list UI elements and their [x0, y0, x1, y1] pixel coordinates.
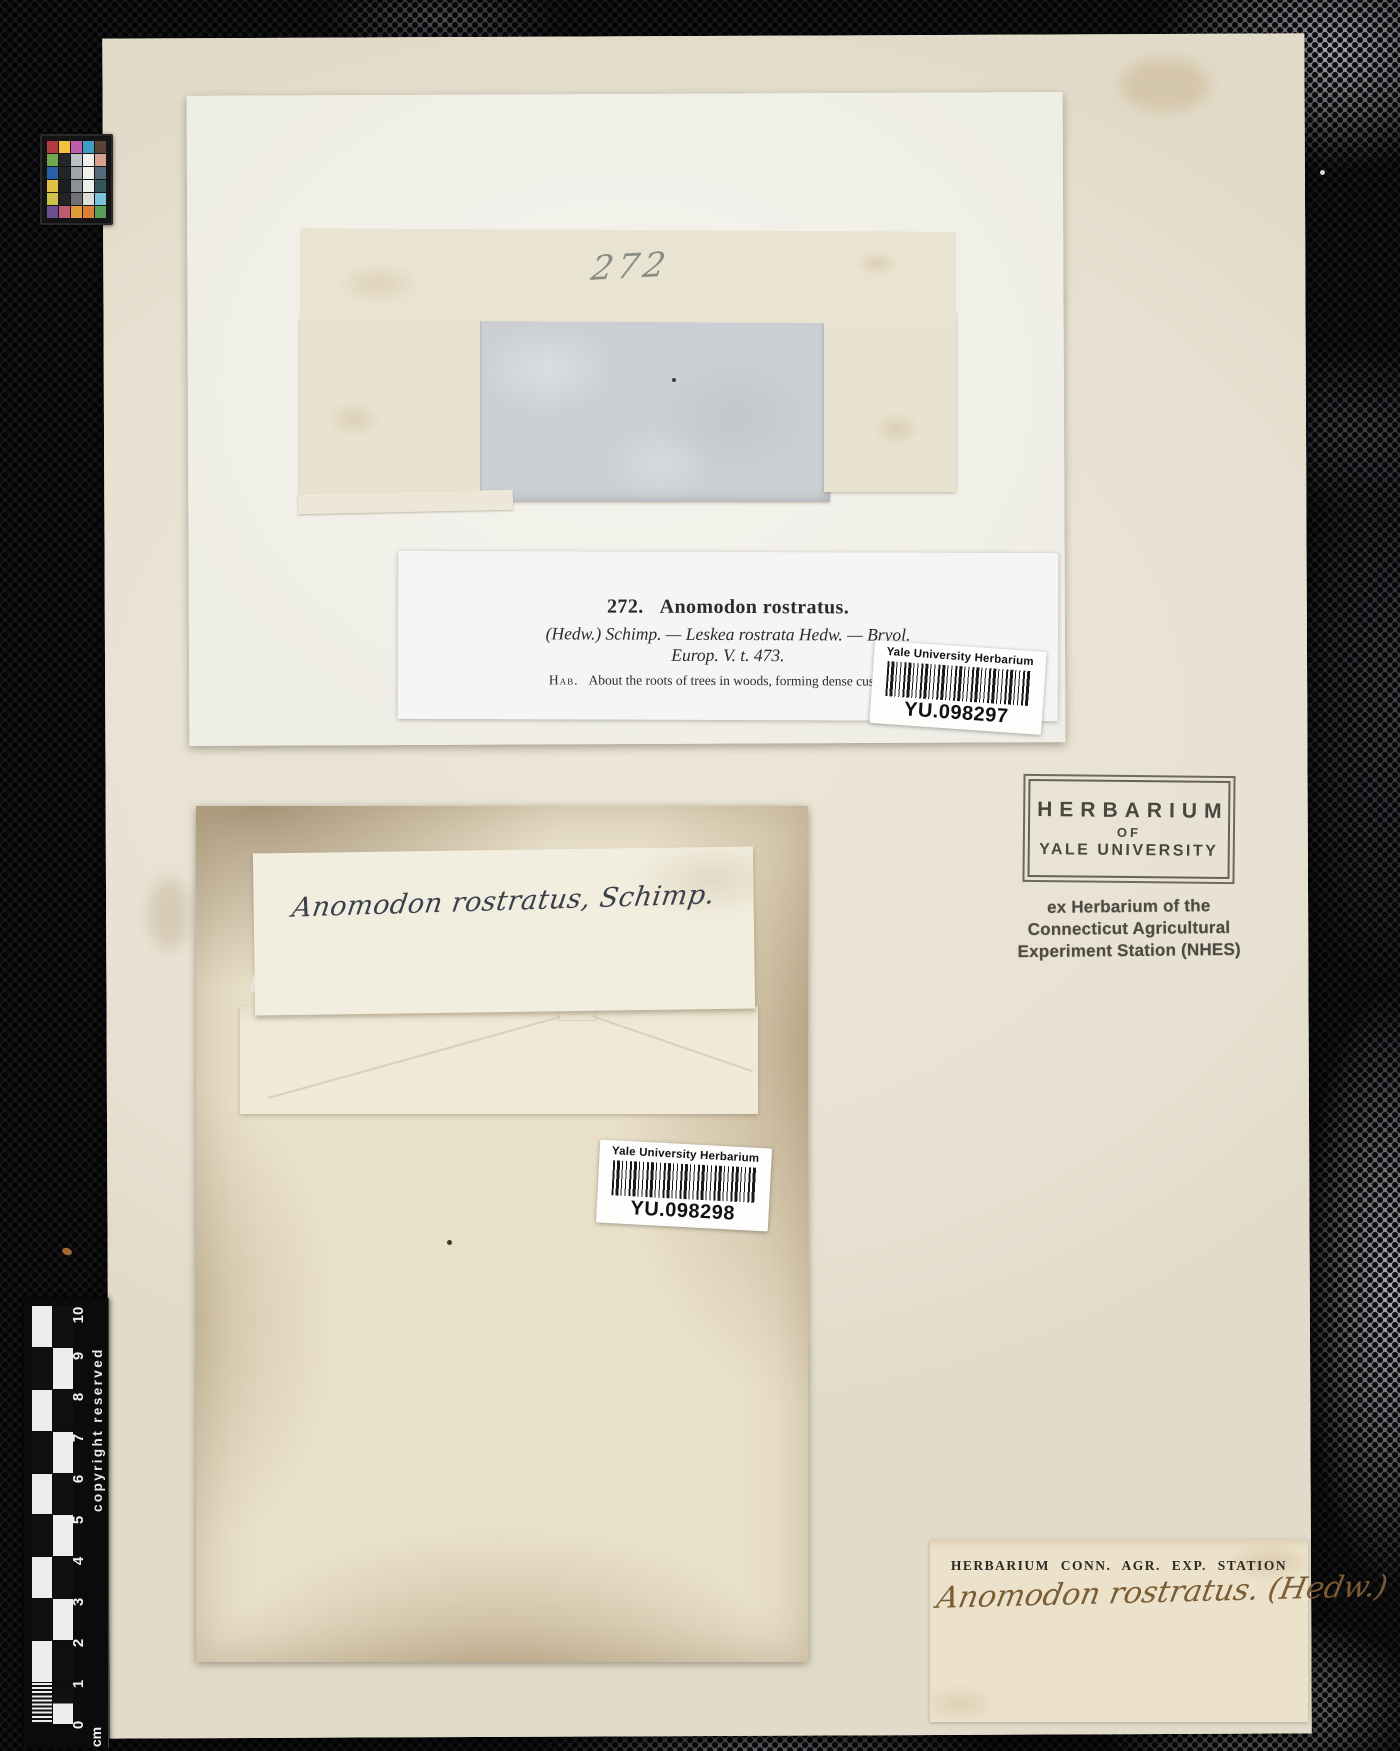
ruler-number: 4 — [69, 1540, 89, 1582]
color-chip — [47, 167, 58, 179]
color-chip — [47, 154, 58, 166]
stamp-line: Connecticut Agricultural — [1005, 917, 1253, 942]
color-chip — [47, 180, 58, 192]
ruler-number: 3 — [69, 1581, 89, 1623]
color-checker-grid — [47, 141, 106, 218]
scale-bar: 10 9 8 7 6 5 4 3 2 1 0 cm copyright rese… — [24, 1298, 109, 1748]
color-chip — [71, 167, 82, 179]
checker-pattern — [32, 1306, 73, 1724]
species-title: 272.Anomodon rostratus. — [398, 595, 1058, 620]
stamp-line: ex Herbarium of the — [1005, 895, 1253, 920]
pencil-collection-number: 272 — [588, 243, 705, 289]
ruler-number: 2 — [69, 1622, 89, 1664]
herbarium-specimen-photo: 272 272.Anomodon rostratus. (Hedw.) Schi… — [0, 0, 1400, 1751]
color-chip — [71, 141, 82, 153]
debris-speck — [447, 1240, 452, 1245]
color-chip — [83, 193, 94, 205]
paper-stain — [148, 878, 190, 950]
color-chip — [59, 206, 70, 218]
station-label-handwriting: Anomodon rostratus. (Hedw.) — [934, 1571, 1312, 1616]
debris-speck — [1320, 170, 1325, 175]
color-chip — [95, 206, 106, 218]
color-chip — [95, 193, 106, 205]
ruler-number: 7 — [69, 1417, 89, 1459]
barcode-label-098298: Yale University Herbarium YU.098298 — [596, 1140, 772, 1232]
color-chip — [83, 206, 94, 218]
color-chip — [95, 180, 106, 192]
packet-left-panel — [300, 318, 480, 502]
habitat-label: Hab. — [549, 672, 579, 687]
stamp-line: Experiment Station (NHES) — [1005, 939, 1253, 964]
specimen-envelope-body — [240, 1006, 758, 1114]
stamp-line: HERBARIUM — [1030, 797, 1228, 823]
color-chip — [83, 167, 94, 179]
species-name: Anomodon rostratus. — [660, 596, 850, 619]
ruler-unit: cm — [87, 1725, 105, 1749]
color-chip — [71, 154, 82, 166]
ruler-number: 9 — [69, 1335, 89, 1377]
color-chip — [95, 154, 106, 166]
ruler-number: 6 — [69, 1458, 89, 1500]
color-calibration-chart — [40, 134, 113, 225]
color-chip — [59, 167, 70, 179]
barcode-label-098297: Yale University Herbarium YU.098297 — [869, 640, 1046, 735]
color-chip — [71, 206, 82, 218]
specimen-envelope-flap: Anomodon rostratus, Schimp. — [253, 847, 755, 1016]
copyright-text: copyright reserved — [90, 1307, 105, 1512]
paper-stain — [1120, 58, 1210, 112]
stamp-line: YALE UNIVERSITY — [1030, 840, 1228, 860]
color-chip — [59, 141, 70, 153]
color-chip — [83, 141, 94, 153]
color-chip — [47, 193, 58, 205]
ruler-number: 1 — [69, 1663, 89, 1705]
color-chip — [95, 141, 106, 153]
envelope-handwriting: Anomodon rostratus, Schimp. — [251, 878, 757, 925]
packet-right-panel — [824, 312, 956, 492]
station-label: HERBARIUM CONN. AGR. EXP. STATION Anomod… — [930, 1540, 1308, 1722]
color-chip — [71, 180, 82, 192]
color-chip — [47, 206, 58, 218]
ruler-number: 10 — [69, 1294, 89, 1336]
glassine-packet-window — [452, 312, 830, 502]
synonymy-line: (Hedw.) Schimp. — Leskea rostrata Hedw. … — [398, 623, 1058, 646]
habitat-text: About the roots of trees in woods, formi… — [588, 673, 906, 689]
ruler-number: 8 — [69, 1376, 89, 1418]
color-chip — [59, 193, 70, 205]
color-chip — [59, 180, 70, 192]
debris-speck — [672, 378, 676, 382]
species-number: 272. — [607, 596, 644, 618]
color-chip — [71, 193, 82, 205]
color-chip — [83, 180, 94, 192]
color-chip — [83, 154, 94, 166]
station-label-header: HERBARIUM CONN. AGR. EXP. STATION — [930, 1558, 1308, 1574]
color-chip — [59, 154, 70, 166]
ruler-number: 5 — [69, 1499, 89, 1541]
ex-herbarium-stamp: ex Herbarium of the Connecticut Agricult… — [1005, 895, 1254, 964]
yale-herbarium-stamp: HERBARIUM OF YALE UNIVERSITY — [1027, 779, 1230, 879]
color-chip — [47, 141, 58, 153]
ruler-number: 0 — [69, 1704, 89, 1746]
color-chip — [95, 167, 106, 179]
stamp-line: OF — [1030, 823, 1228, 840]
